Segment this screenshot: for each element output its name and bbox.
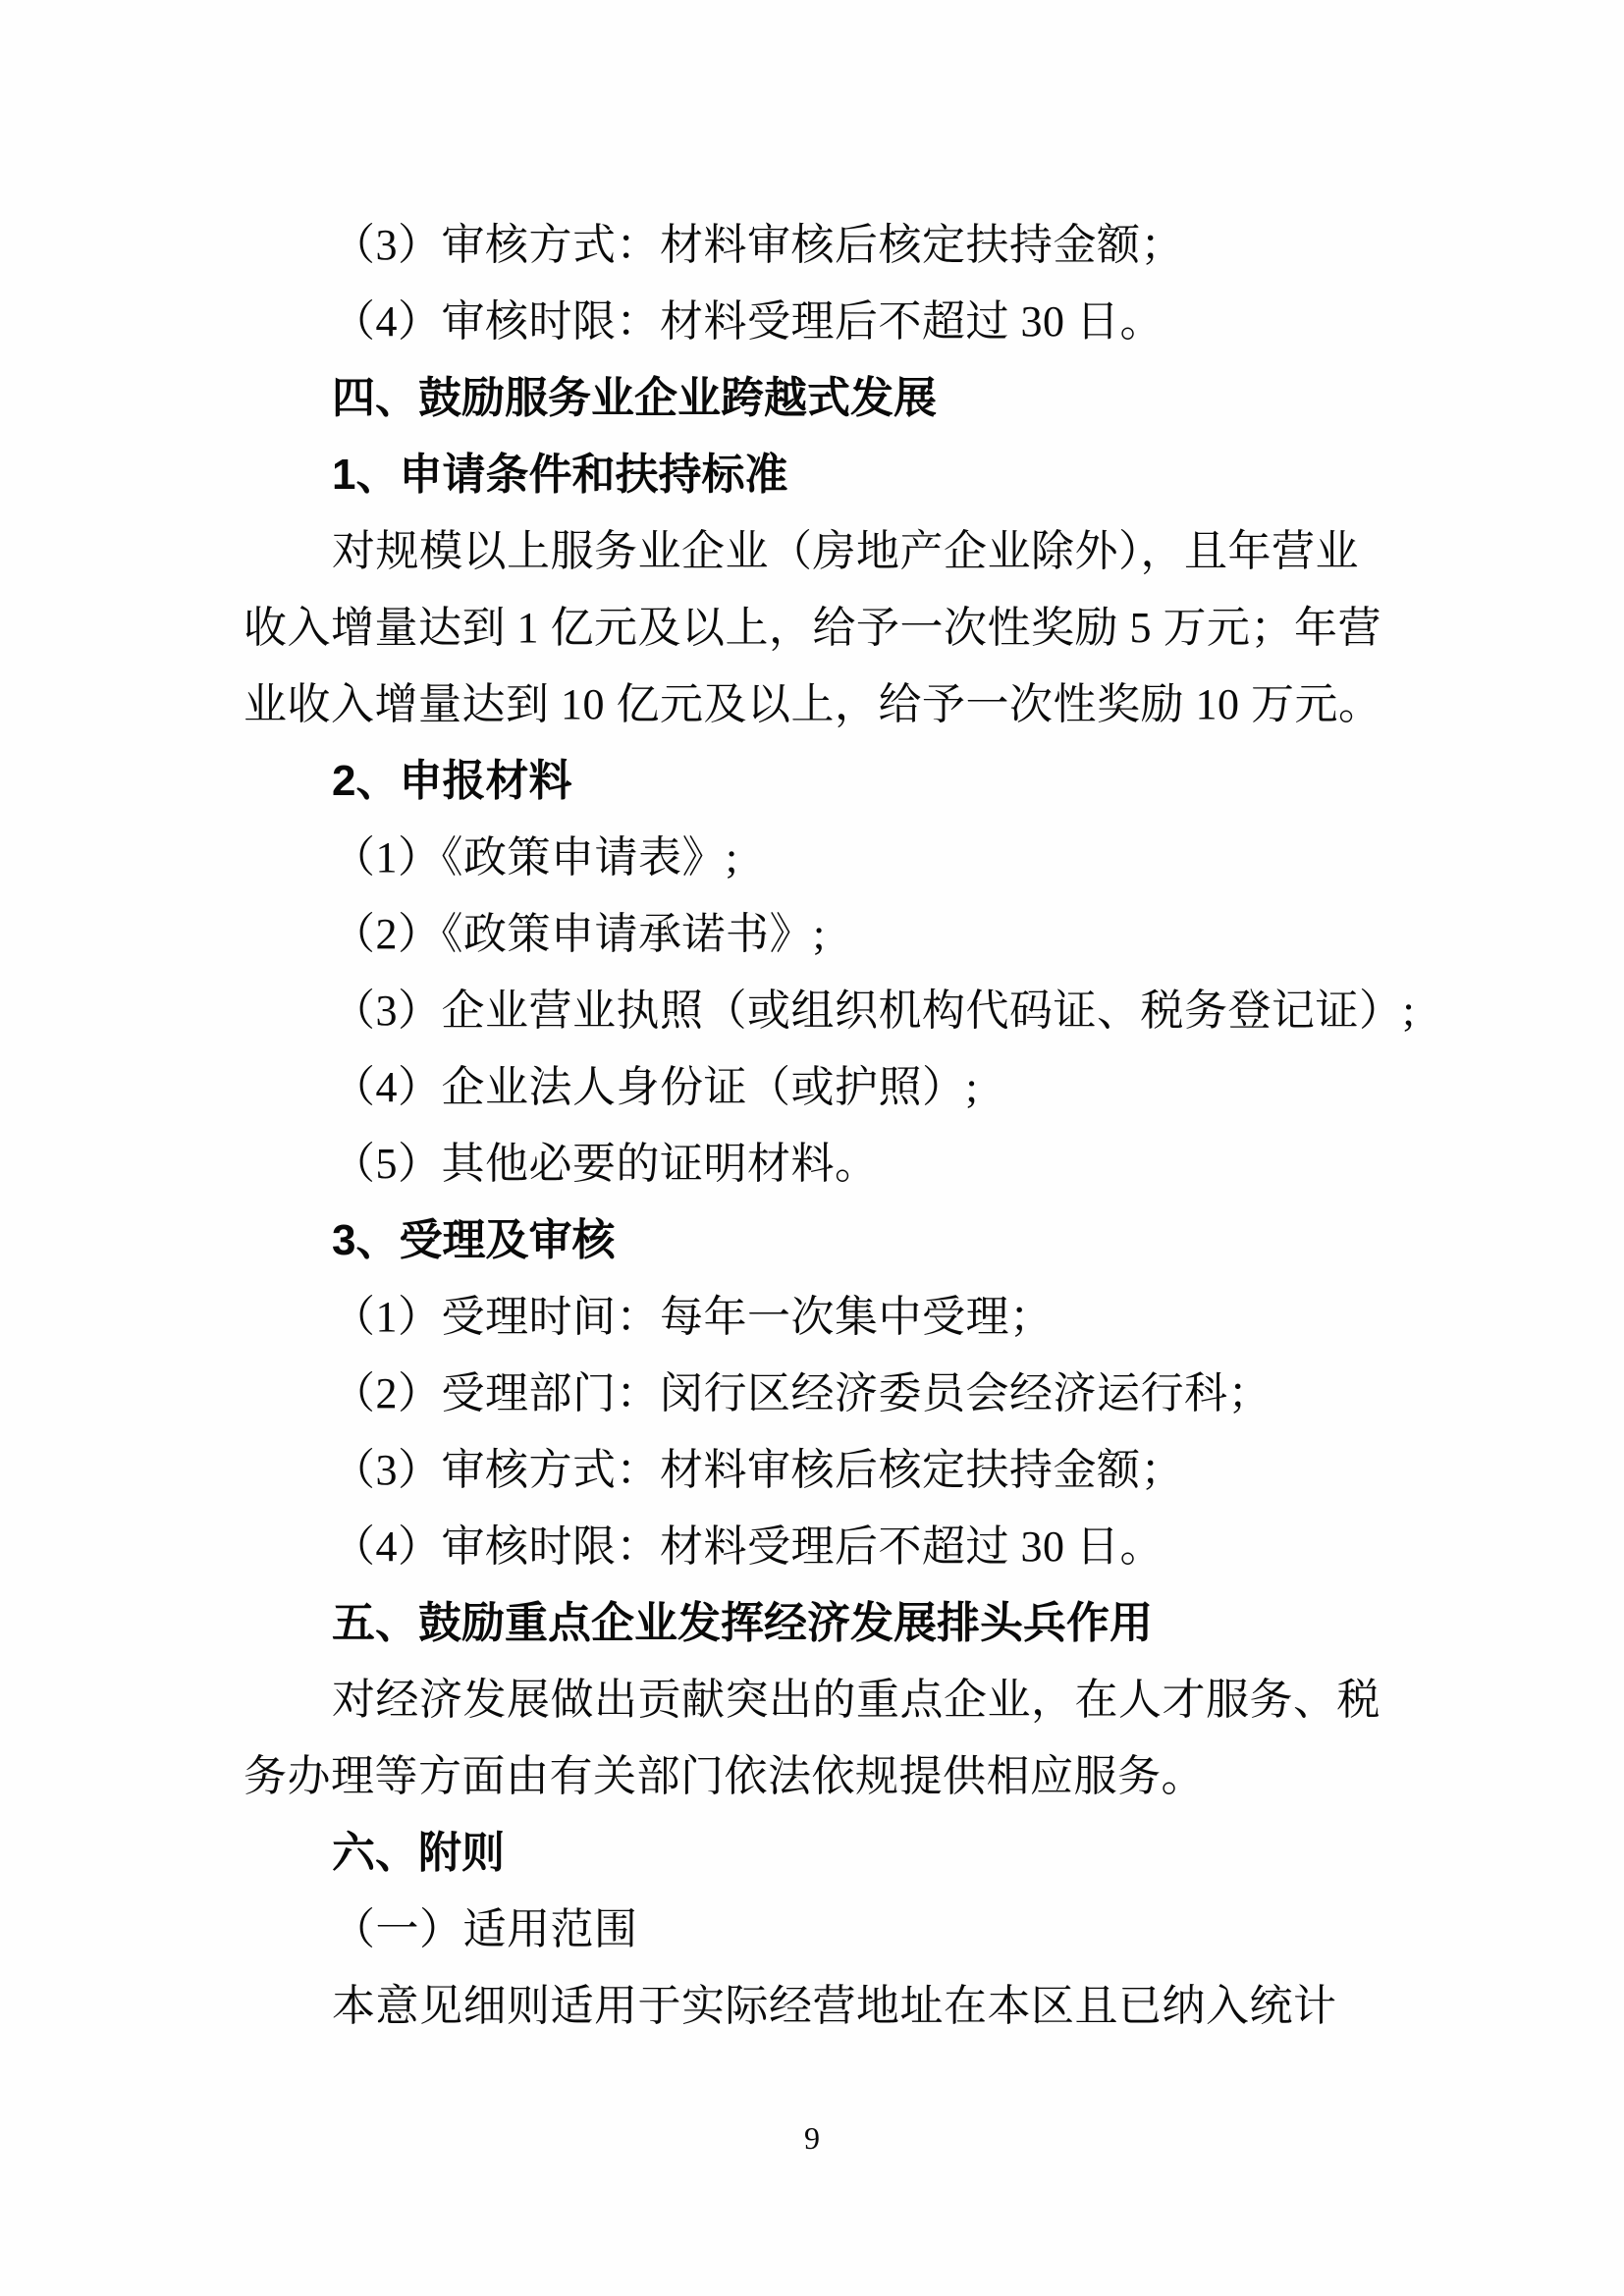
heading-section-6: 六、附则 xyxy=(244,1815,1406,1892)
para-service-reward-line1: 对规模以上服务业企业（房地产企业除外），且年营业 xyxy=(244,513,1406,590)
para-scope-line1: 本意见细则适用于实际经营地址在本区且已纳入统计 xyxy=(244,1968,1406,2045)
list-item-legal-person-id: （4）企业法人身份证（或护照）; xyxy=(244,1049,1406,1126)
heading-application-materials: 2、申报材料 xyxy=(244,743,1406,820)
para-service-reward-line3: 业收入增量达到 10 亿元及以上，给予一次性奖励 10 万元。 xyxy=(244,667,1406,743)
list-item-acceptance-department: （2）受理部门：闵行区经济委员会经济运行科； xyxy=(244,1356,1406,1432)
page-number: 9 xyxy=(0,2120,1624,2157)
para-key-enterprise-line1: 对经济发展做出贡献突出的重点企业，在人才服务、税 xyxy=(244,1662,1406,1738)
para-key-enterprise-line2: 务办理等方面由有关部门依法依规提供相应服务。 xyxy=(244,1738,1406,1815)
list-item-business-license: （3）企业营业执照（或组织机构代码证、税务登记证）; xyxy=(244,973,1406,1049)
document-page: （3）审核方式：材料审核后核定扶持金额； （4）审核时限：材料受理后不超过 30… xyxy=(0,0,1624,2296)
list-item-audit-method-prev-section: （3）审核方式：材料审核后核定扶持金额； xyxy=(244,207,1406,284)
heading-apply-conditions: 1、申请条件和扶持标准 xyxy=(244,437,1406,513)
list-item-audit-method: （3）审核方式：材料审核后核定扶持金额； xyxy=(244,1432,1406,1509)
list-item-acceptance-time: （1）受理时间：每年一次集中受理； xyxy=(244,1279,1406,1356)
heading-section-5: 五、鼓励重点企业发挥经济发展排头兵作用 xyxy=(244,1585,1406,1662)
document-body: （3）审核方式：材料审核后核定扶持金额； （4）审核时限：材料受理后不超过 30… xyxy=(244,207,1406,2045)
list-item-audit-deadline: （4）审核时限：材料受理后不超过 30 日。 xyxy=(244,1509,1406,1585)
subheading-applicable-scope: （一）适用范围 xyxy=(244,1892,1406,1968)
list-item-policy-application-form: （1）《政策申请表》; xyxy=(244,820,1406,896)
heading-acceptance-review: 3、受理及审核 xyxy=(244,1202,1406,1279)
list-item-audit-deadline-prev-section: （4）审核时限：材料受理后不超过 30 日。 xyxy=(244,284,1406,360)
heading-section-4: 四、鼓励服务业企业跨越式发展 xyxy=(244,360,1406,437)
para-service-reward-line2: 收入增量达到 1 亿元及以上，给予一次性奖励 5 万元；年营 xyxy=(244,590,1406,667)
list-item-other-materials: （5）其他必要的证明材料。 xyxy=(244,1126,1406,1202)
list-item-policy-commitment-letter: （2）《政策申请承诺书》; xyxy=(244,896,1406,973)
